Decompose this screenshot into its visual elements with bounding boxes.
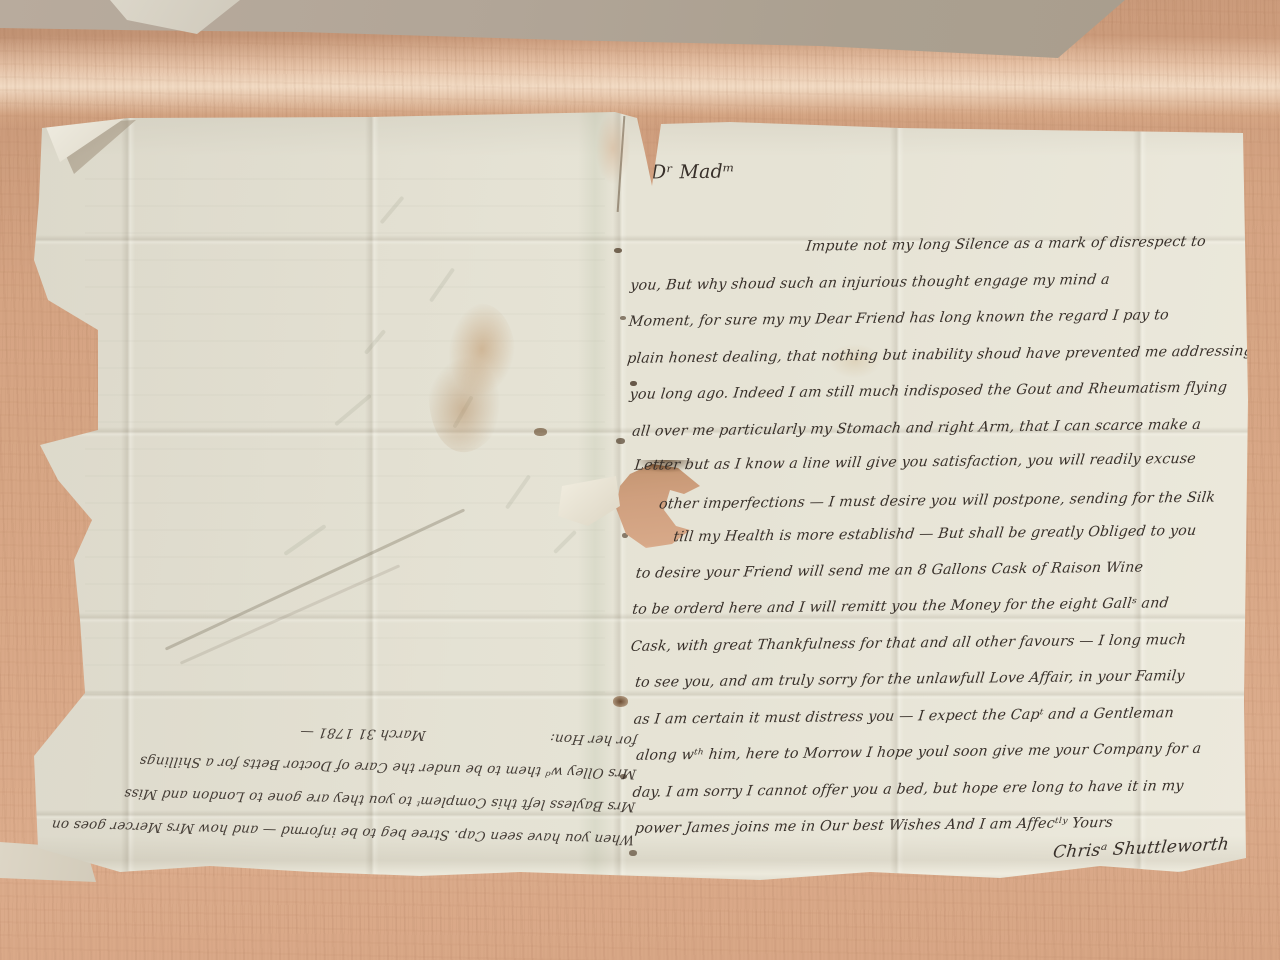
letter-line: Moment, for sure my my Dear Friend has l…	[628, 307, 1170, 330]
upside-down-postscript: When you have seen Cap. Stree beg to be …	[48, 700, 636, 847]
letter-line: along wᵗʰ him, here to Morrow I hope you…	[635, 741, 1202, 764]
reverse-date: March 31 1781 —	[299, 723, 427, 743]
ink-spot	[534, 428, 547, 436]
letter-line: you, But why shoud such an injurious tho…	[629, 272, 1110, 294]
photo-of-letter-on-table: Dʳ Madᵐ Impute not my long Silence as a …	[0, 0, 1280, 960]
letter-line: to be orderd here and I will remitt you …	[631, 595, 1169, 618]
letter-line: to desire your Friend will send me an 8 …	[635, 560, 1144, 582]
letter-line: to see you, and am truly sorry for the u…	[634, 668, 1185, 691]
letter-line: plain honest dealing, that nothing but i…	[626, 343, 1254, 367]
letter-line: all over me particularly my Stomach and …	[631, 417, 1202, 440]
reverse-line: Mrs Olley wᵈ them to be under the Care o…	[50, 749, 637, 781]
ink-spot	[613, 696, 628, 707]
letter-line: Impute not my long Silence as a mark of …	[805, 234, 1207, 255]
letter-line: you long ago. Indeed I am still much ind…	[629, 380, 1228, 403]
reverse-note: for her Hon:	[549, 729, 638, 748]
show-through-lines	[85, 163, 605, 693]
letter-line: day. I am sorry I cannot offer you a bed…	[632, 778, 1185, 801]
letter-line: till my Health is more establishd — But …	[673, 523, 1198, 545]
wood-light-reflection	[0, 36, 1280, 128]
ink-spot	[616, 438, 625, 444]
letter-body: Dʳ Madᵐ Impute not my long Silence as a …	[626, 148, 1260, 856]
salutation: Dʳ Madᵐ	[651, 161, 735, 184]
reverse-line: Mrs Bayless left this Complemᵗ to you th…	[49, 782, 636, 814]
ink-spot	[620, 316, 626, 320]
letter-line: Cask, with great Thankfulness for that a…	[630, 632, 1187, 655]
letter-sheet: Dʳ Madᵐ Impute not my long Silence as a …	[30, 108, 1252, 890]
letter-line: as I am certain it must distress you — I…	[633, 705, 1175, 728]
letter-line: other imperfections — I must desire you …	[658, 490, 1216, 513]
letter-line: power James joins me in Our best Wishes …	[634, 815, 1114, 837]
reverse-date-row: for her Hon: March 31 1781 —	[51, 716, 638, 748]
ink-spot	[614, 248, 622, 253]
letter-line: Letter but as I know a line will give yo…	[634, 451, 1197, 474]
